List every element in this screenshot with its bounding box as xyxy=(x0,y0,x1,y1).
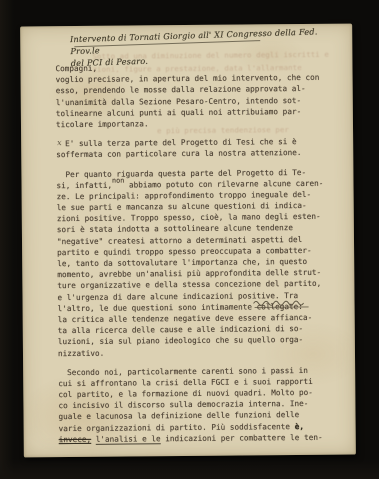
typed-text: Compagni,voglio precisare, in apertura d… xyxy=(55,61,330,445)
paragraph: Secondo noi, particolarmente carenti son… xyxy=(58,364,331,445)
typed-line: ticolare importanza. xyxy=(56,117,328,131)
typed-line: nizzativo. xyxy=(58,345,330,359)
document-page: Intervento di Tornati Giorgio all' XI Co… xyxy=(20,24,356,458)
typed-line: invece, l'analisi e le indicazioni per c… xyxy=(59,432,331,446)
typed-line: luzioni, sia sul piano ideologico che su… xyxy=(58,334,330,348)
typed-line: soffermata con particolare cura la nostr… xyxy=(56,147,328,161)
photo-background: Intervento di Tornati Giorgio all' XI Co… xyxy=(0,0,379,479)
paragraph: Compagni,voglio precisare, in apertura d… xyxy=(55,61,328,130)
typed-line: tolinearne alcuni punti ai quali noi att… xyxy=(56,106,328,120)
paragraph: E' sulla terza parte del Progetto di Tes… xyxy=(56,136,328,161)
paragraph: Per quanto riguarda questa parte del Pro… xyxy=(56,166,330,359)
